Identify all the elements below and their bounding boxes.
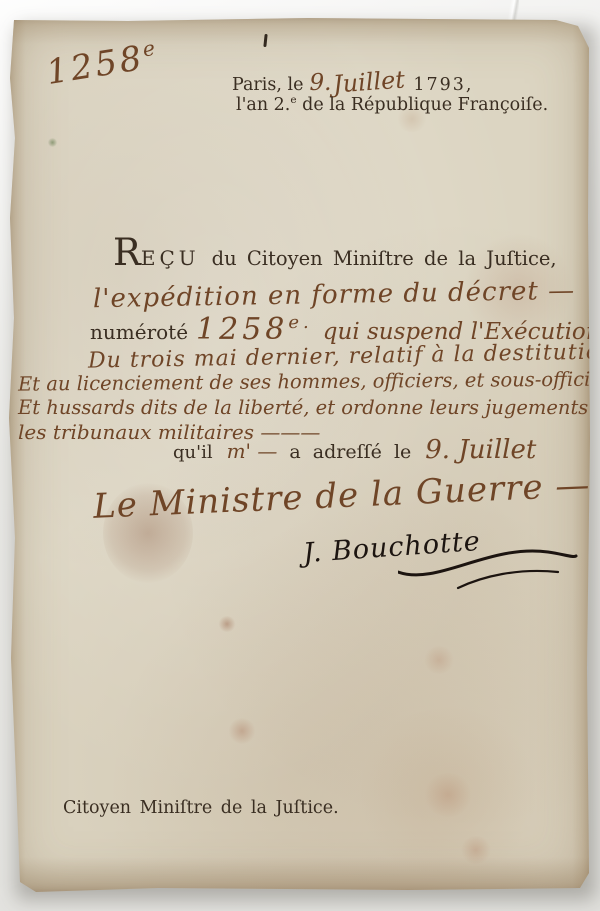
dateline: Paris, le9.Juillet1793,: [232, 68, 473, 96]
adresse-printed: a adreſſé le: [289, 441, 411, 463]
dateline-city: Paris, le: [232, 75, 303, 95]
quil-printed: qu'il: [173, 442, 213, 463]
body-line-licenciement: Et au licenciement de ses hommes, offici…: [18, 367, 600, 395]
dateline-republic-year: l'an 2.e de la République Françoiſe.: [236, 94, 548, 115]
stain: [48, 138, 57, 147]
stain: [218, 616, 236, 632]
dateline-day-handwritten: 9.: [309, 70, 331, 96]
body-line-recu: REÇUdu Citoyen Miniſtre de la Juſtice,: [113, 238, 557, 270]
dateline-year: 1793,: [413, 75, 473, 95]
ma-handwritten: m' —: [227, 439, 278, 463]
closing-title: Le Ministre de la Guerre —: [92, 465, 591, 527]
stain: [228, 718, 256, 744]
photo-backdrop: 1258e Paris, le9.Juillet1793, l'an 2.e d…: [0, 0, 600, 911]
stain: [460, 836, 492, 864]
body-line-expedition: l'expédition en forme du décret —: [93, 276, 576, 314]
footer-addressee: Citoyen Miniſtre de la Juſtice.: [63, 798, 339, 818]
archival-number: 1258e: [44, 35, 163, 93]
stain: [353, 708, 543, 878]
decree-number-suffix: e.: [288, 312, 312, 333]
body-line-hussards: Et hussards dits de la liberté, et ordon…: [18, 396, 600, 419]
republic-year-post: de la République Françoiſe.: [297, 95, 549, 115]
ink-mark: [263, 34, 267, 47]
recu-caps: EÇU: [141, 246, 200, 270]
numerote-printed: numéroté: [90, 320, 188, 344]
stain: [423, 773, 473, 817]
date-handwritten: 9. Juillet: [425, 435, 536, 465]
recu-initial: R: [113, 231, 141, 274]
decree-number-handwritten: 1258e.: [196, 312, 313, 347]
body-line-adresse: qu'ilm' —a adreſſé le9. Juillet: [173, 435, 536, 465]
stain: [423, 646, 455, 674]
decree-number: 1258: [196, 312, 288, 347]
signature-flourish: [398, 538, 578, 598]
republic-year-pre: l'an 2.: [236, 95, 290, 115]
archival-number-suffix: e: [141, 35, 160, 61]
document-paper: 1258e Paris, le9.Juillet1793, l'an 2.e d…: [8, 18, 590, 892]
archival-number-value: 1258: [44, 38, 148, 93]
recu-printed-text: du Citoyen Miniſtre de la Juſtice,: [212, 247, 557, 270]
